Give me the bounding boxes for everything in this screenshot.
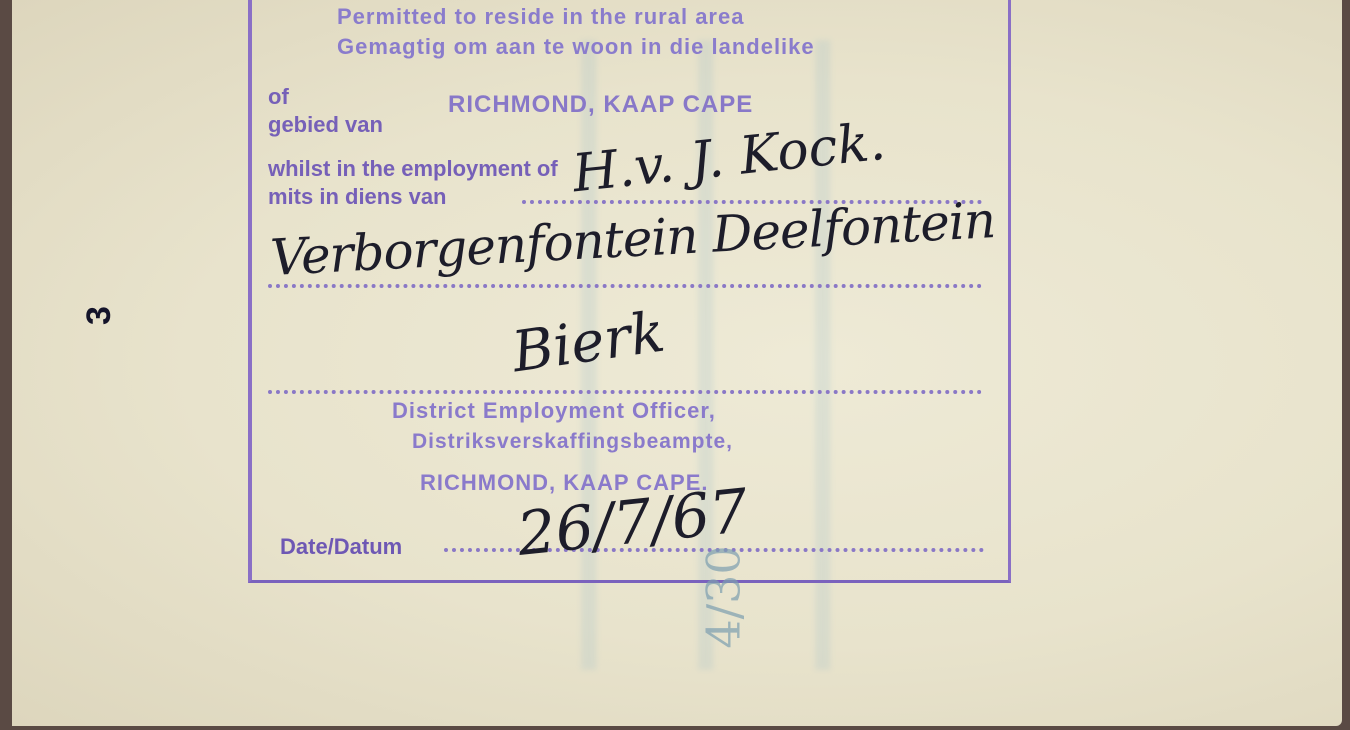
page-number: 3 <box>80 306 119 325</box>
area-value: RICHMOND, KAAP CAPE <box>448 91 753 119</box>
document-page: 3 Permitted to reside in the rural area … <box>12 0 1342 726</box>
permitted-line-afrikaans: Gemagtig om aan te woon in die landelike <box>337 34 815 60</box>
of-label: of <box>268 84 289 110</box>
date-label: Date/Datum <box>280 534 402 560</box>
officer-title-english: District Employment Officer, <box>392 398 716 424</box>
officer-title-afrikaans: Distriksverskaffingsbeampte, <box>412 430 733 454</box>
pencil-mark: 4/30 <box>697 545 751 648</box>
signature-dotted-line <box>268 390 982 394</box>
employment-label-afrikaans: mits in diens van <box>268 184 447 210</box>
employment-label-english: whilst in the employment of <box>268 156 558 182</box>
permitted-line-english: Permitted to reside in the rural area <box>337 4 744 30</box>
farm-dotted-line <box>268 284 982 288</box>
area-label-afrikaans: gebied van <box>268 112 383 138</box>
